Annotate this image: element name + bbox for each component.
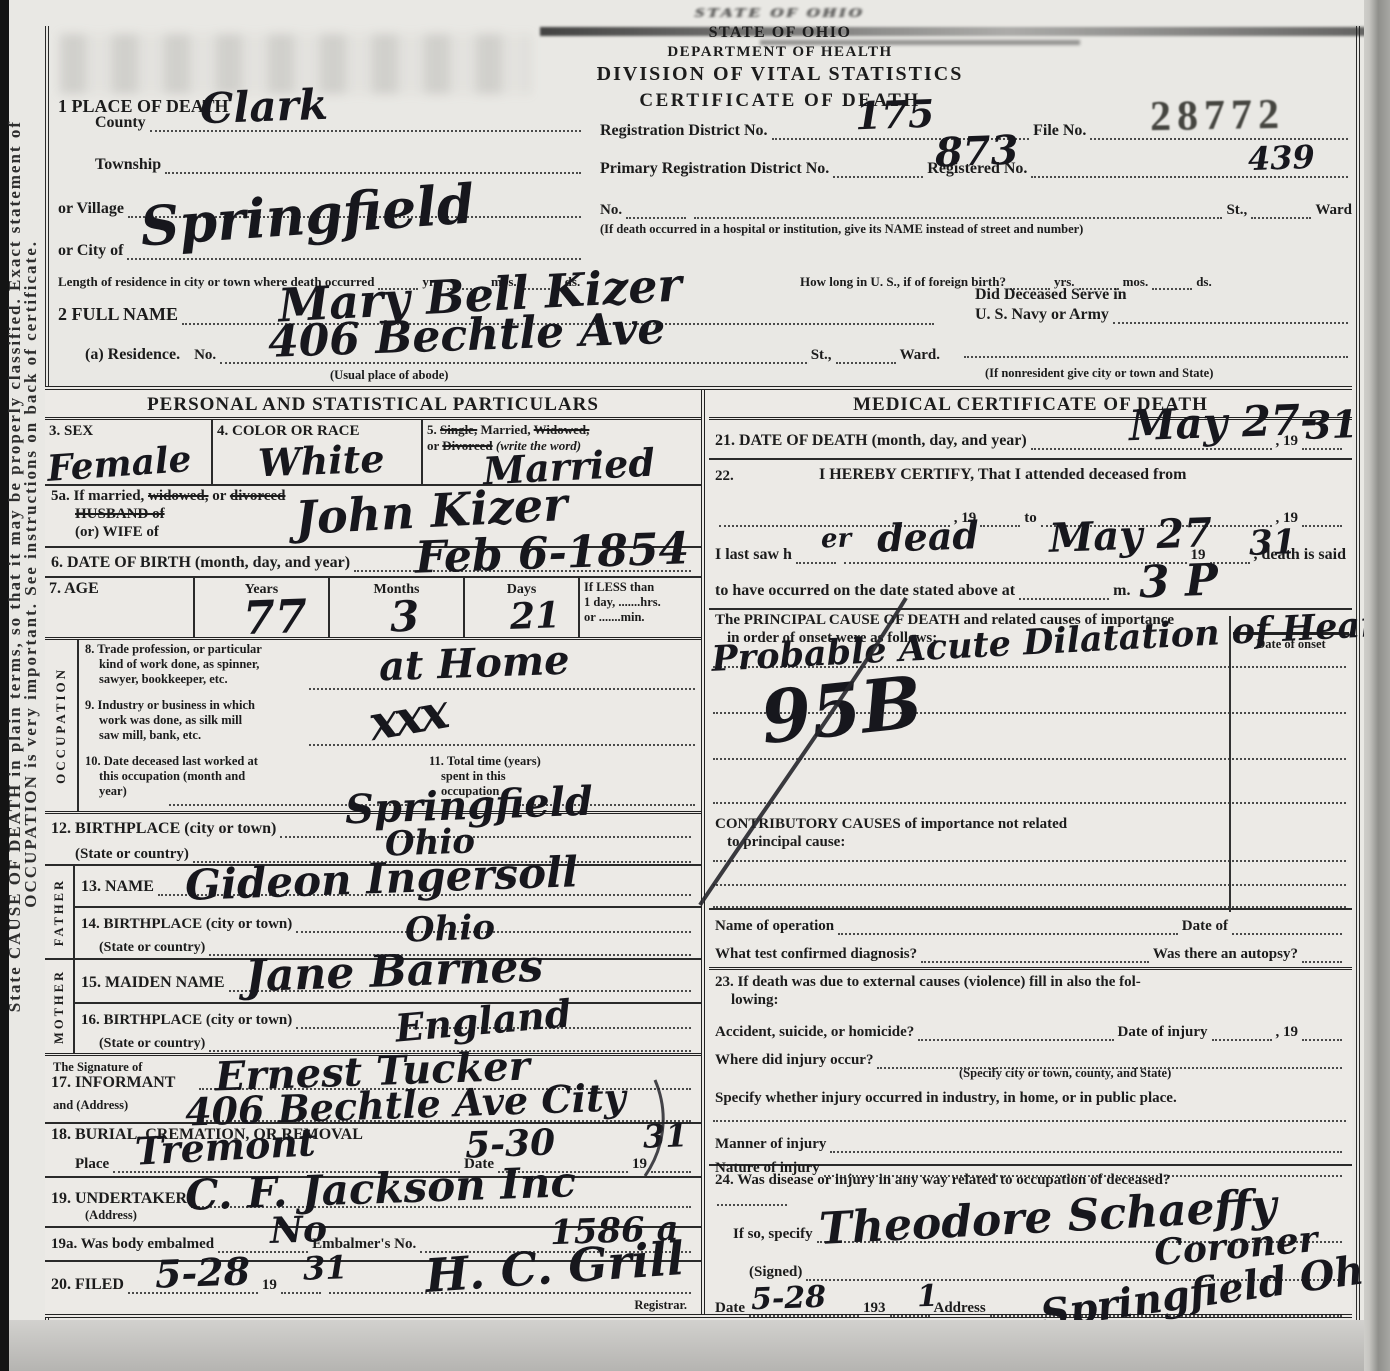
registered-no-value: 439 bbox=[1247, 141, 1315, 175]
marital-married: Married, bbox=[480, 422, 530, 437]
accident-label: Accident, suicide, or homicide? bbox=[715, 1024, 914, 1041]
city-label: or City of bbox=[58, 242, 123, 260]
cause-code: 95B bbox=[758, 666, 926, 754]
residence-ward-line bbox=[836, 358, 896, 364]
header-state: STATE OF OHIO bbox=[520, 23, 1040, 43]
signed-label: (Signed) bbox=[749, 1264, 802, 1281]
spouse-label-1: 5a. If married, bbox=[51, 488, 144, 504]
sig-address-label: Address bbox=[934, 1300, 986, 1317]
age-label: 7. AGE bbox=[49, 580, 99, 597]
operation-line bbox=[838, 929, 1178, 935]
village-label: or Village bbox=[58, 200, 124, 218]
medical-column: MEDICAL CERTIFICATE OF DEATH 21. DATE OF… bbox=[709, 390, 1352, 1314]
embalmed-value: No bbox=[269, 1211, 327, 1249]
lastsaw-her-line bbox=[796, 558, 836, 564]
industry-label: 9. Industry or business in which work wa… bbox=[85, 698, 255, 743]
months-value: 3 bbox=[389, 596, 420, 639]
occurred-time-line bbox=[1019, 594, 1109, 600]
specify-whether-label: Specify whether injury occurred in indus… bbox=[715, 1090, 1177, 1107]
father-name-row: 13. NAME Gideon Ingersoll bbox=[75, 866, 701, 908]
mother-side-label: MOTHER bbox=[52, 969, 67, 1044]
stamp-smudge: STATE OF OHIO bbox=[518, 4, 1042, 21]
birthplace-label: 12. BIRTHPLACE (city or town) bbox=[51, 820, 276, 838]
personal-column: PERSONAL AND STATISTICAL PARTICULARS 3. … bbox=[45, 390, 705, 1314]
industry-label-2: work was done, as silk mill bbox=[85, 713, 255, 728]
father-name-label: 13. NAME bbox=[81, 878, 154, 896]
spouse-widowed: widowed, bbox=[148, 488, 208, 504]
trade-label-2: kind of work done, as spinner, bbox=[85, 657, 262, 672]
file-no-label: File No. bbox=[1033, 122, 1086, 140]
external-causes-block: 23. If death was due to external causes … bbox=[709, 970, 1352, 1166]
filed-19: 19 bbox=[262, 1277, 277, 1294]
injury-19: , 19 bbox=[1276, 1024, 1299, 1041]
autopsy-line bbox=[1302, 957, 1342, 963]
marital-widowed: Widowed, bbox=[534, 422, 590, 437]
death-certificate-scan: State CAUSE OF DEATH in plain terms, so … bbox=[0, 0, 1390, 1371]
certify-to-label: to bbox=[1024, 510, 1037, 527]
primary-district-value: 873 bbox=[934, 131, 1019, 174]
township-label: Township bbox=[95, 156, 161, 174]
mother-name-row: 15. MAIDEN NAME Jane Barnes bbox=[75, 960, 701, 1004]
race-cell: 4. COLOR OR RACE White bbox=[213, 420, 423, 484]
race-value: White bbox=[257, 440, 385, 482]
burial-year-line bbox=[651, 1167, 691, 1173]
personal-title: PERSONAL AND STATISTICAL PARTICULARS bbox=[45, 390, 701, 420]
filed-year-line bbox=[281, 1288, 321, 1294]
lastsaw-dead: dead bbox=[876, 516, 979, 558]
street-line bbox=[694, 213, 1222, 219]
related-answer-line bbox=[717, 1204, 787, 1206]
street-no-line bbox=[626, 213, 686, 219]
served-line bbox=[1113, 318, 1348, 324]
lastwork-label-2: this occupation (month and bbox=[85, 769, 258, 784]
father-side-label-box: FATHER bbox=[45, 866, 75, 958]
registration-district-value: 175 bbox=[854, 95, 935, 136]
certify-no: 22. bbox=[715, 468, 734, 485]
mother-name-label: 15. MAIDEN NAME bbox=[81, 974, 225, 992]
certify-from-19-line bbox=[980, 521, 1020, 527]
injury-year-line bbox=[1302, 1035, 1342, 1041]
mother-name-value: Jane Barnes bbox=[244, 945, 544, 999]
sex-value: Female bbox=[46, 441, 193, 487]
operation-date-line bbox=[1232, 929, 1342, 935]
contributory-label-2: to principal cause: bbox=[727, 834, 845, 851]
test-label: What test confirmed diagnosis? bbox=[715, 946, 917, 963]
undertaker-address-label: (Address) bbox=[85, 1208, 137, 1223]
age-months-cell: Months 3 bbox=[330, 578, 465, 637]
test-line bbox=[921, 957, 1149, 963]
contributory-line-1 bbox=[713, 860, 1346, 862]
marital-single: Single, bbox=[440, 422, 477, 437]
husband-of-label: HUSBAND of bbox=[75, 506, 165, 523]
certify-to-19-line bbox=[1302, 521, 1342, 527]
father-bp-state-label: (State or country) bbox=[99, 940, 205, 956]
days-value: 21 bbox=[509, 597, 560, 635]
operation-label: Name of operation bbox=[715, 918, 834, 935]
injury-date-label: Date of injury bbox=[1118, 1024, 1208, 1041]
external-label-2: lowing: bbox=[731, 992, 779, 1009]
principal-cause-block: The PRINCIPAL CAUSE OF DEATH and related… bbox=[709, 610, 1352, 814]
township-line bbox=[165, 168, 581, 174]
for-ds: ds. bbox=[1196, 274, 1212, 290]
marital-or: or bbox=[427, 438, 439, 453]
sex-label: 3. SEX bbox=[49, 423, 93, 439]
header-division: DIVISION OF VITAL STATISTICS bbox=[520, 62, 1040, 87]
age-less-1: If LESS than bbox=[584, 580, 697, 595]
undertaker-value: C. F. Jackson Inc bbox=[184, 1161, 576, 1217]
undertaker-label: 19. UNDERTAKER bbox=[51, 1190, 187, 1208]
informant-pre-label: The Signature of bbox=[53, 1060, 142, 1075]
operation-date-label: Date of bbox=[1182, 918, 1228, 935]
occurred-m-label: m. bbox=[1113, 582, 1130, 600]
mother-block: MOTHER 15. MAIDEN NAME Jane Barnes 16. B… bbox=[45, 960, 701, 1056]
lastwork-label-1: 10. Date deceased last worked at bbox=[85, 754, 258, 769]
lastsaw-label: I last saw h bbox=[715, 546, 792, 564]
age-less-3: or .......min. bbox=[584, 610, 697, 625]
birthplace-state-label: (State or country) bbox=[75, 846, 189, 863]
for-line3 bbox=[1152, 284, 1192, 290]
dob-row: 6. DATE OF BIRTH (month, day, and year) … bbox=[45, 548, 701, 578]
specify-line bbox=[713, 1120, 1346, 1122]
age-days-cell: Days 21 bbox=[465, 578, 580, 637]
residence-st-label: St., bbox=[811, 347, 832, 364]
dod-label: 21. DATE OF DEATH (month, day, and year) bbox=[715, 432, 1027, 450]
trade-line bbox=[309, 688, 695, 690]
accident-line bbox=[918, 1035, 1113, 1041]
sex-cell: 3. SEX Female bbox=[45, 420, 213, 484]
primary-district-label: Primary Registration District No. bbox=[600, 160, 829, 178]
county-value: Clark bbox=[199, 84, 328, 130]
header-department: DEPARTMENT OF HEALTH bbox=[520, 43, 1040, 62]
street-ward-label: Ward bbox=[1315, 202, 1352, 219]
age-less-2: 1 day, .......hrs. bbox=[584, 595, 697, 610]
sig-date-value: 5-28 bbox=[750, 1283, 826, 1316]
mother-bp-state-label: (State or country) bbox=[99, 1036, 205, 1052]
cause-line-4 bbox=[713, 802, 1346, 804]
industry-label-1: 9. Industry or business in which bbox=[85, 698, 255, 713]
contributory-line-2 bbox=[713, 884, 1346, 886]
onset-column-rule bbox=[1229, 616, 1231, 912]
father-name-value: Gideon Ingersoll bbox=[184, 851, 578, 907]
mother-bp-label: 16. BIRTHPLACE (city or town) bbox=[81, 1012, 292, 1029]
dod-year-value: 31 bbox=[1304, 405, 1358, 445]
occurred-time-value: 3 P bbox=[1138, 559, 1219, 606]
totaltime-label-1: 11. Total time (years) bbox=[429, 754, 541, 769]
age-row: 7. AGE Years 77 Months 3 Days 21 bbox=[45, 578, 701, 640]
manner-line bbox=[830, 1147, 1342, 1153]
lastsaw-year-value: 31 bbox=[1248, 525, 1296, 561]
street-no-label: No. bbox=[600, 202, 622, 219]
scan-bottom-edge bbox=[0, 1320, 1390, 1371]
occurred-label: to have occurred on the date stated abov… bbox=[715, 582, 1015, 600]
form-body: PERSONAL AND STATISTICAL PARTICULARS 3. … bbox=[45, 386, 1352, 1318]
informant-label: 17. INFORMANT bbox=[51, 1074, 175, 1092]
certify-block: 22. I HEREBY CERTIFY, That I attended de… bbox=[709, 460, 1352, 610]
trade-value: at Home bbox=[378, 641, 570, 688]
age-cell: 7. AGE bbox=[45, 578, 195, 637]
contributory-label-1: CONTRIBUTORY CAUSES of importance not re… bbox=[715, 816, 1067, 833]
registrar-label: Registrar. bbox=[634, 1298, 687, 1313]
served-label-1: Did Deceased Serve in bbox=[975, 286, 1127, 304]
contributory-line-3 bbox=[713, 906, 1346, 908]
specify-city-note: (Specify city or town, county, and State… bbox=[959, 1066, 1171, 1081]
lastsaw-date-value: May 27 bbox=[1048, 513, 1212, 559]
age-years-cell: Years 77 bbox=[195, 578, 330, 637]
informant-address-label: and (Address) bbox=[53, 1098, 128, 1113]
ward-line bbox=[1251, 213, 1311, 219]
filed-date-value: 5-28 bbox=[154, 1252, 250, 1293]
abode-note: (Usual place of abode) bbox=[330, 368, 448, 383]
burial-place-label: Place bbox=[75, 1156, 109, 1173]
ifso-label: If so, specify bbox=[733, 1226, 813, 1243]
autopsy-label: Was there an autopsy? bbox=[1153, 946, 1298, 963]
burial-place-value: Tremont bbox=[134, 1123, 316, 1170]
occupation-side-label: OCCUPATION bbox=[53, 667, 69, 784]
residence-no-label: No. bbox=[194, 347, 216, 364]
county-label: County bbox=[95, 114, 146, 132]
full-name-label: 2 FULL NAME bbox=[58, 304, 178, 325]
operation-block: Name of operation Date of What test conf… bbox=[709, 910, 1352, 970]
residence-label: (a) Residence. bbox=[85, 346, 180, 364]
dob-value: Feb 6-1854 bbox=[414, 527, 690, 581]
manner-label: Manner of injury bbox=[715, 1136, 826, 1153]
birthplace-line bbox=[280, 832, 691, 838]
trade-label-3: sawyer, bookkeeper, etc. bbox=[85, 672, 262, 687]
dob-label: 6. DATE OF BIRTH (month, day, and year) bbox=[51, 554, 350, 572]
registration-district-label: Registration District No. bbox=[600, 122, 768, 140]
certify-text: I HEREBY CERTIFY, That I attended deceas… bbox=[819, 466, 1186, 484]
informant-row: The Signature of 17. INFORMANT and (Addr… bbox=[45, 1056, 701, 1124]
burial-year-value: 31 bbox=[642, 1119, 688, 1153]
injury-date-line bbox=[1212, 1035, 1272, 1041]
sig-date-label: Date bbox=[715, 1300, 745, 1317]
spouse-or: or bbox=[212, 488, 226, 504]
street-st-label: St., bbox=[1226, 202, 1247, 219]
trade-label-1: 8. Trade profession, or particular bbox=[85, 642, 262, 657]
where-injury-label: Where did injury occur? bbox=[715, 1052, 873, 1069]
dod-value: May 27- bbox=[1128, 399, 1318, 448]
sex-race-marital-row: 3. SEX Female 4. COLOR OR RACE White 5. … bbox=[45, 420, 701, 486]
lastwork-label: 10. Date deceased last worked at this oc… bbox=[85, 754, 258, 799]
occupation-side-label-box: OCCUPATION bbox=[45, 640, 79, 811]
residence-ward-label: Ward. bbox=[900, 347, 940, 364]
related-label: 24. Was disease or injury in any way rel… bbox=[715, 1172, 1170, 1189]
wife-of-label: (or) WIFE of bbox=[75, 524, 159, 541]
primary-district-line bbox=[833, 172, 923, 178]
father-side-label: FATHER bbox=[52, 878, 67, 946]
nonresident-note: (If nonresident give city or town and St… bbox=[985, 366, 1213, 381]
lastsaw-her: er bbox=[821, 525, 852, 552]
file-no-stamp: 28772 bbox=[1150, 91, 1286, 141]
filed-label: 20. FILED bbox=[51, 1276, 124, 1294]
occupation-related-block: 24. Was disease or injury in any way rel… bbox=[709, 1166, 1352, 1322]
lastwork-label-3: year) bbox=[85, 784, 258, 799]
industry-value: xxx bbox=[365, 688, 449, 749]
cause-line-3 bbox=[713, 758, 1346, 760]
certificate-header: STATE OF OHIO STATE OF OHIO DEPARTMENT O… bbox=[520, 2, 1040, 113]
mother-side-label-box: MOTHER bbox=[45, 960, 75, 1053]
margin-note-line2: OCCUPATION is very important. See instru… bbox=[21, 240, 41, 908]
industry-label-3: saw mill, bank, etc. bbox=[85, 728, 255, 743]
marital-no: 5. bbox=[427, 422, 437, 437]
date-of-death-row: 21. DATE OF DEATH (month, day, and year)… bbox=[709, 420, 1352, 460]
trade-label: 8. Trade profession, or particular kind … bbox=[85, 642, 262, 687]
years-value: 77 bbox=[242, 593, 308, 641]
father-bp-label: 14. BIRTHPLACE (city or town) bbox=[81, 916, 292, 933]
industry-line bbox=[309, 744, 695, 746]
marital-cell: 5. Single, Married, Widowed, or Divorced… bbox=[423, 420, 701, 484]
hospital-note: (If death occurred in a hospital or inst… bbox=[600, 222, 1083, 237]
filed-row: 20. FILED 19 5-28 31 H. C. Grill Registr… bbox=[45, 1262, 701, 1322]
header-title: CERTIFICATE OF DEATH bbox=[520, 89, 1040, 113]
nonresident-line bbox=[964, 352, 1348, 358]
burial-19: 19 bbox=[632, 1156, 647, 1173]
filed-year-value: 31 bbox=[302, 1251, 348, 1285]
sig-year-value: 1 bbox=[916, 1282, 938, 1313]
spouse-divorced: divorced bbox=[230, 488, 286, 504]
external-label-1: 23. If death was due to external causes … bbox=[715, 974, 1141, 991]
served-label-2: U. S. Navy or Army bbox=[975, 306, 1109, 324]
contributory-block: CONTRIBUTORY CAUSES of importance not re… bbox=[709, 814, 1352, 910]
scan-right-edge bbox=[1364, 0, 1390, 1371]
age-less-cell: If LESS than 1 day, .......hrs. or .....… bbox=[580, 578, 701, 637]
sig-193: 193 bbox=[863, 1300, 886, 1317]
